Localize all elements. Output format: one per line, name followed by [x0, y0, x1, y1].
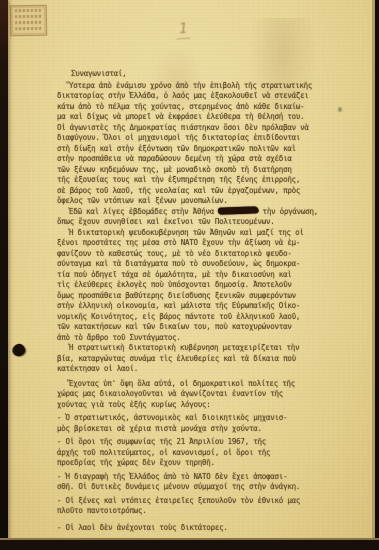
text-line: Ὕστερα ἀπὸ ἐνάμισυ χρόνο ἀπὸ τὴν ἐπιβολὴ… [57, 81, 335, 92]
text-line: τῆς ἐξουσίας τους καὶ τὴν ἐξυπηρέτηση τῆ… [57, 175, 335, 186]
text-line: στὴν προσπάθεια νὰ παραδώσουν δεμένη τὴ … [57, 154, 335, 165]
stamp-text-row [15, 21, 42, 24]
text-line: ἀρχῆς τοῦ πολιτεύματος, οἱ κανονισμοί, ο… [57, 448, 335, 459]
text-line: τὶς ἐλεύθερες ἐκλογὲς ποὺ ὑπόσχονται δημ… [57, 280, 335, 291]
text-line: χώρας μας δικαιολογοῦνται νὰ ἀγωνίζονται… [57, 389, 335, 400]
stamp-text-row [15, 15, 42, 18]
archive-stamp-icon [10, 5, 48, 37]
text-line: νομικῆς Κοινότητος, εἰς βάρος πάντοτε το… [57, 312, 335, 323]
text-line: μα καὶ δίχως νὰ μπορεῖ νὰ ἐκφράσει ἐλεύθ… [57, 112, 335, 123]
text-line: Ἡ δικτατορικὴ ψευδοκυβέρνηση τῶν Ἀθηνῶν … [57, 228, 335, 239]
paragraph: Ἡ στρατιωτικὴ δικτατορικὴ κυβέρνηση μετα… [57, 343, 335, 375]
paragraph: - Οἱ ὅροι τῆς συμφωνίας τῆς 21 Ἀπριλίου … [57, 437, 335, 469]
text-line: τία ποὺ ὁδηγεῖ τάχα σὲ ὁμαλότητα, μὲ τὴν… [57, 270, 335, 281]
letter-body: Συναγωνισταί, Ὕστερα ἀπὸ ἐνάμισυ χρόνο ἀ… [57, 69, 335, 533]
text-line: - Οἱ ὅροι τῆς συμφωνίας τῆς 21 Ἀπριλίου … [57, 437, 335, 448]
text-line: μὸς βρίσκεται σὲ χέρια πιστὰ μονάχα στὴν… [57, 424, 335, 435]
text-line: κάτω ἀπὸ τὸ πέλμα τῆς χούντας, στερημένο… [57, 102, 335, 113]
text-line: ὅπως ἔχουν συνηθίσει καὶ ἐκεῖνοι τῶν Πολ… [57, 217, 335, 228]
stamp-text-row [15, 27, 42, 30]
text-line: κατέκτησαν οἱ λαοί. [57, 364, 335, 375]
text-line: σύνταγμα καὶ τὰ διατάγματα ποὺ τὸ συνοδε… [57, 259, 335, 270]
scan-border-left [0, 0, 8, 550]
text-line: διαφύγουν. Ὅλοι οἱ μηχανισμοὶ τῆς δικτατ… [57, 133, 335, 144]
text-line: Ἡ στρατιωτικὴ δικτατορικὴ κυβέρνηση μετα… [57, 343, 335, 354]
paragraph: Ὕστερα ἀπὸ ἐνάμισυ χρόνο ἀπὸ τὴν ἐπιβολὴ… [57, 81, 335, 207]
text-line: Οἱ ἀγωνιστὲς τῆς Δημοκρατίας πιάστηκαν ὅ… [57, 123, 335, 134]
redaction-mark [218, 206, 258, 214]
text-line: ξένοι προστάτες της μέσα στὸ ΝΑΤΟ ἔχουν … [57, 238, 335, 249]
text-line: ὄφελος τῶν ντόπιων καὶ ξένων μονοπωλίων. [57, 196, 335, 207]
text-line: σθῆ. Οἱ δυτικὲς δυνάμεις μένουν σύμμαχοί… [57, 482, 335, 493]
scanned-letter-page: 1 Συναγωνισταί, Ὕστερα ἀπὸ ἐνάμισυ χρόνο… [0, 0, 379, 550]
scan-border-right [372, 0, 379, 550]
text-line: πλοῦτο παντοιοτρόπως. [57, 506, 335, 517]
text-line: προεδρίας τῆς χώρας δὲν ἔχουν τηρηθῆ. [57, 458, 335, 469]
text-line: τῶν κατακτήσεων καὶ τῶν δικαίων του, ποὺ… [57, 322, 335, 333]
text-line: στὴ δίωξη καὶ στὴν ἐξόντωση τῶν δημοκρατ… [57, 144, 335, 155]
text-line: Ἔχοντας ὑπ' ὄψη ὅλα αὐτά, οἱ δημοκρατικο… [57, 379, 335, 390]
paragraph: Ἔχοντας ὑπ' ὄψη ὅλα αὐτά, οἱ δημοκρατικο… [57, 379, 335, 411]
text-line: ἀπὸ τὸ ἄρθρο τοῦ Συντάγματος. [57, 333, 335, 344]
text-line: βία, καταργώντας συνάμα τὶς ἐλευθερίες κ… [57, 354, 335, 365]
text-line: χούντας γιὰ τοὺς ἑξῆς κυρίως λόγους: [57, 400, 335, 411]
paragraph: Ἐδῶ καὶ λίγες ἑβδομάδες στὴν Ἀθήνα τὴν ὀ… [57, 207, 335, 228]
paragraph: - Ἡ διαγραφὴ τῆς Ἑλλάδος ἀπὸ τὸ ΝΑΤΟ δὲν… [57, 472, 335, 493]
text-line: - Οἱ ξένες καὶ ντόπιες ἑταιρεῖες ξεπουλο… [57, 496, 335, 507]
paragraph: Ἡ δικτατορικὴ ψευδοκυβέρνηση τῶν Ἀθηνῶν … [57, 228, 335, 344]
ink-blot [11, 342, 26, 357]
text-line: φανίζουν τὸ καθεστώς τους, μὲ τὸ νέο δικ… [57, 249, 335, 260]
scan-border-bottom [0, 538, 379, 550]
text-line: σὲ βάρος τοῦ λαοῦ, τῆς νεολαίας καὶ τῶν … [57, 186, 335, 197]
text-line: Ἐδῶ καὶ λίγες ἑβδομάδες στὴν Ἀθήνα τὴν ὀ… [57, 207, 335, 218]
paragraph: - Οἱ λαοὶ δὲν ἀνέχονται τοὺς δικτάτορες. [57, 523, 335, 534]
text-line: ὅμως προσπάθεια βαθύτερης διείσδυσης ξεν… [57, 291, 335, 302]
text-line: - Οἱ λαοὶ δὲν ἀνέχονται τοὺς δικτάτορες. [57, 523, 335, 534]
text-line: τῶν ξένων κηδεμόνων της, μὲ μοναδικὸ σκο… [57, 165, 335, 176]
salutation-line: Συναγωνισταί, [57, 69, 335, 80]
text-line: - Ὁ στρατιωτικός, ἀστυνομικὸς καὶ διοικη… [57, 413, 335, 424]
text-line: στὴν ἑλληνικὴ οἰκονομία, καὶ μάλιστα τῆς… [57, 301, 335, 312]
text-line: - Ἡ διαγραφὴ τῆς Ἑλλάδος ἀπὸ τὸ ΝΑΤΟ δὲν… [57, 472, 335, 483]
paragraph: - Ὁ στρατιωτικός, ἀστυνομικὸς καὶ διοικη… [57, 413, 335, 434]
page-number: 1 [175, 21, 191, 40]
text-line: δικτατορίας στὴν Ἑλλάδα, ὁ λαός μας ἐξακ… [57, 91, 335, 102]
paragraph: - Οἱ ξένες καὶ ντόπιες ἑταιρεῖες ξεπουλο… [57, 496, 335, 517]
stamp-text-row [15, 9, 42, 12]
paper-speck [338, 107, 342, 112]
